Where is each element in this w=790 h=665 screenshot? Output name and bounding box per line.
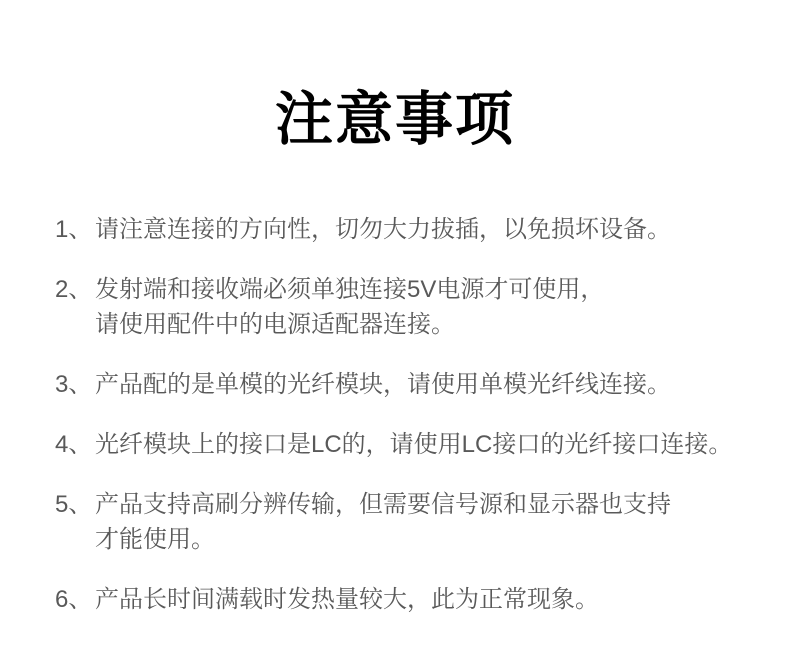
item-text: 产品配的是单模的光纤模块，请使用单模光纤线连接。 <box>95 367 760 402</box>
item-line: 请使用配件中的电源适配器连接。 <box>95 307 760 342</box>
item-line: 产品支持高刷分辨传输，但需要信号源和显示器也支持 <box>95 487 760 522</box>
item-line: 光纤模块上的接口是LC的，请使用LC接口的光纤接口连接。 <box>95 427 760 462</box>
item-number: 1、 <box>55 212 95 247</box>
page-title: 注意事项 <box>0 90 790 150</box>
notice-item-5: 5、 产品支持高刷分辨传输，但需要信号源和显示器也支持 才能使用。 <box>55 487 760 557</box>
item-line: 发射端和接收端必须单独连接5V电源才可使用， <box>95 272 760 307</box>
item-line: 产品配的是单模的光纤模块，请使用单模光纤线连接。 <box>95 367 760 402</box>
notice-item-2: 2、 发射端和接收端必须单独连接5V电源才可使用， 请使用配件中的电源适配器连接… <box>55 272 760 342</box>
notice-page: 注意事项 1、 请注意连接的方向性，切勿大力拔插，以免损坏设备。 2、 发射端和… <box>0 0 790 665</box>
item-number: 4、 <box>55 427 95 462</box>
item-line: 才能使用。 <box>95 522 760 557</box>
item-text: 产品支持高刷分辨传输，但需要信号源和显示器也支持 才能使用。 <box>95 487 760 557</box>
notice-item-4: 4、 光纤模块上的接口是LC的，请使用LC接口的光纤接口连接。 <box>55 427 760 462</box>
notice-item-6: 6、 产品长时间满载时发热量较大，此为正常现象。 <box>55 582 760 617</box>
item-number: 2、 <box>55 272 95 342</box>
item-number: 3、 <box>55 367 95 402</box>
item-line: 请注意连接的方向性，切勿大力拔插，以免损坏设备。 <box>95 212 760 247</box>
item-number: 5、 <box>55 487 95 557</box>
item-text: 光纤模块上的接口是LC的，请使用LC接口的光纤接口连接。 <box>95 427 760 462</box>
notice-item-1: 1、 请注意连接的方向性，切勿大力拔插，以免损坏设备。 <box>55 212 760 247</box>
item-line: 产品长时间满载时发热量较大，此为正常现象。 <box>95 582 760 617</box>
item-number: 6、 <box>55 582 95 617</box>
item-text: 请注意连接的方向性，切勿大力拔插，以免损坏设备。 <box>95 212 760 247</box>
item-text: 发射端和接收端必须单独连接5V电源才可使用， 请使用配件中的电源适配器连接。 <box>95 272 760 342</box>
notice-list: 1、 请注意连接的方向性，切勿大力拔插，以免损坏设备。 2、 发射端和接收端必须… <box>0 212 790 617</box>
notice-item-3: 3、 产品配的是单模的光纤模块，请使用单模光纤线连接。 <box>55 367 760 402</box>
item-text: 产品长时间满载时发热量较大，此为正常现象。 <box>95 582 760 617</box>
